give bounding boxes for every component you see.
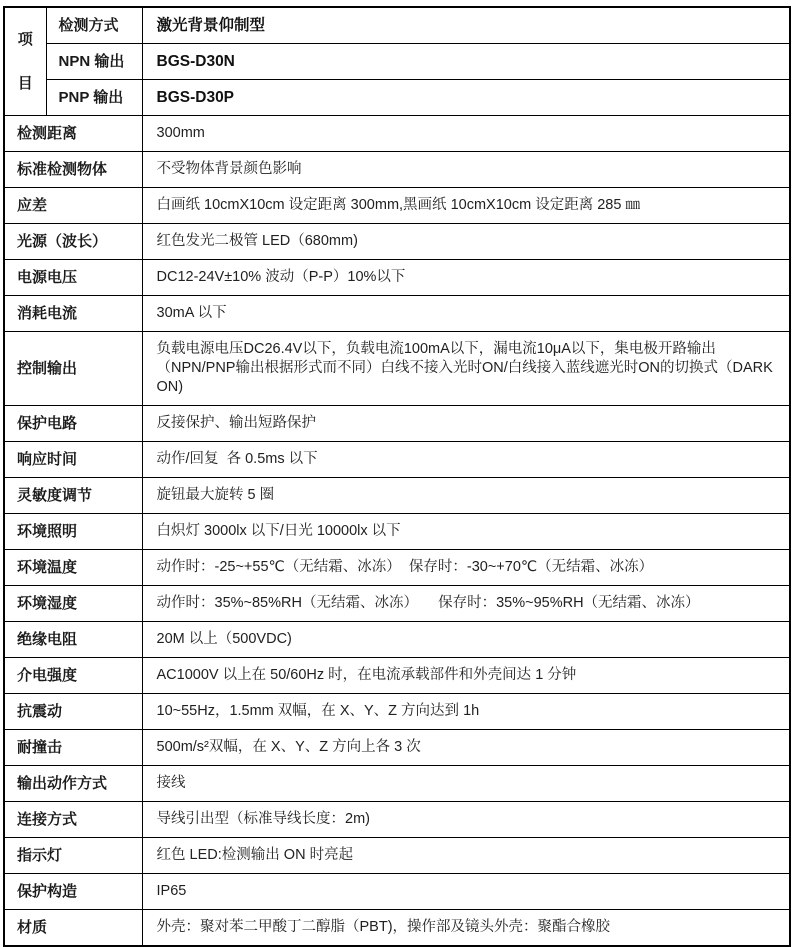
header-label-pnp-output: PNP 输出	[46, 80, 142, 116]
spec-row-label: 材质	[4, 910, 142, 947]
spec-table-row: 控制输出 负载电源电压DC26.4V以下，负载电流100mA以下，漏电流10μA…	[4, 332, 790, 406]
spec-row-label: 绝缘电阻	[4, 622, 142, 658]
spec-row-label: 环境温度	[4, 550, 142, 586]
header-value-npn-model: BGS-D30N	[142, 44, 790, 80]
spec-table-row: 检测距离 300mm	[4, 116, 790, 152]
spec-table-row: 环境照明 白炽灯 3000lx 以下/日光 10000lx 以下	[4, 514, 790, 550]
spec-row-label: 指示灯	[4, 838, 142, 874]
spec-row-label: 环境湿度	[4, 586, 142, 622]
spec-table-row: 环境湿度 动作时：35%~85%RH（无结霜、冰冻） 保存时：35%~95%RH…	[4, 586, 790, 622]
spec-row-label: 灵敏度调节	[4, 478, 142, 514]
header-value-detection-method: 激光背景仰制型	[142, 7, 790, 44]
spec-table-row: 电源电压 DC12-24V±10% 波动（P-P）10%以下	[4, 260, 790, 296]
spec-table-row: 抗震动 10~55Hz，1.5mm 双幅，在 X、Y、Z 方向达到 1h	[4, 694, 790, 730]
spec-row-label: 输出动作方式	[4, 766, 142, 802]
spec-row-label: 电源电压	[4, 260, 142, 296]
spec-table-header-group: 项目 检测方式 激光背景仰制型 NPN 输出 BGS-D30N PNP 输出 B…	[4, 7, 790, 116]
spec-table-row: 环境温度 动作时：-25~+55℃（无结霜、冰冻） 保存时：-30~+70℃（无…	[4, 550, 790, 586]
spec-row-value: 红色 LED:检测输出 ON 时亮起	[142, 838, 790, 874]
spec-row-label: 检测距离	[4, 116, 142, 152]
header-label-detection-method: 检测方式	[46, 7, 142, 44]
spec-row-value: 30mA 以下	[142, 296, 790, 332]
spec-row-label: 标准检测物体	[4, 152, 142, 188]
spec-row-value: 白炽灯 3000lx 以下/日光 10000lx 以下	[142, 514, 790, 550]
spec-row-label: 保护电路	[4, 406, 142, 442]
spec-row-value: 300mm	[142, 116, 790, 152]
item-corner-label: 项目	[17, 18, 33, 106]
spec-row-value: 反接保护、输出短路保护	[142, 406, 790, 442]
spec-table-row: 耐撞击 500m/s²双幅，在 X、Y、Z 方向上各 3 次	[4, 730, 790, 766]
spec-row-value: 动作/回复 各 0.5ms 以下	[142, 442, 790, 478]
header-label-npn-output: NPN 输出	[46, 44, 142, 80]
spec-row-value: 负载电源电压DC26.4V以下，负载电流100mA以下，漏电流10μA以下，集电…	[142, 332, 790, 406]
spec-row-value: 旋钮最大旋转 5 圈	[142, 478, 790, 514]
spec-row-value: 接线	[142, 766, 790, 802]
spec-row-value: AC1000V 以上在 50/60Hz 时，在电流承载部件和外壳间达 1 分钟	[142, 658, 790, 694]
spec-row-label: 光源（波长）	[4, 224, 142, 260]
spec-table-row: 保护构造 IP65	[4, 874, 790, 910]
item-corner-cell: 项目	[4, 7, 46, 116]
spec-table-row: 保护电路 反接保护、输出短路保护	[4, 406, 790, 442]
spec-row-value: 10~55Hz，1.5mm 双幅，在 X、Y、Z 方向达到 1h	[142, 694, 790, 730]
spec-row-value: 不受物体背景颜色影响	[142, 152, 790, 188]
spec-row-value: 动作时：-25~+55℃（无结霜、冰冻） 保存时：-30~+70℃（无结霜、冰冻…	[142, 550, 790, 586]
spec-row-value: 白画纸 10cmX10cm 设定距离 300mm,黑画纸 10cmX10cm 设…	[142, 188, 790, 224]
spec-row-value: 20M 以上（500VDC)	[142, 622, 790, 658]
spec-table: 项目 检测方式 激光背景仰制型 NPN 输出 BGS-D30N PNP 输出 B…	[3, 6, 791, 947]
spec-row-label: 环境照明	[4, 514, 142, 550]
spec-table-row: 输出动作方式 接线	[4, 766, 790, 802]
spec-table-row: 绝缘电阻 20M 以上（500VDC)	[4, 622, 790, 658]
spec-row-label: 响应时间	[4, 442, 142, 478]
spec-row-value: IP65	[142, 874, 790, 910]
spec-table-row: 标准检测物体 不受物体背景颜色影响	[4, 152, 790, 188]
spec-row-value: 动作时：35%~85%RH（无结霜、冰冻） 保存时：35%~95%RH（无结霜、…	[142, 586, 790, 622]
spec-table-body: 检测距离 300mm 标准检测物体 不受物体背景颜色影响 应差 白画纸 10cm…	[4, 116, 790, 947]
spec-table-row: 指示灯 红色 LED:检测输出 ON 时亮起	[4, 838, 790, 874]
spec-table-row: 连接方式 导线引出型（标准导线长度：2m)	[4, 802, 790, 838]
spec-row-value: 外壳：聚对苯二甲酸丁二醇脂（PBT)，操作部及镜头外壳：聚酯合橡胶	[142, 910, 790, 947]
spec-table-row: 消耗电流 30mA 以下	[4, 296, 790, 332]
header-value-pnp-model: BGS-D30P	[142, 80, 790, 116]
spec-row-label: 应差	[4, 188, 142, 224]
spec-row-label: 耐撞击	[4, 730, 142, 766]
header-row-pnp-output: PNP 输出 BGS-D30P	[4, 80, 790, 116]
spec-row-label: 抗震动	[4, 694, 142, 730]
spec-table-row: 应差 白画纸 10cmX10cm 设定距离 300mm,黑画纸 10cmX10c…	[4, 188, 790, 224]
spec-table-row: 材质 外壳：聚对苯二甲酸丁二醇脂（PBT)，操作部及镜头外壳：聚酯合橡胶	[4, 910, 790, 947]
spec-row-label: 保护构造	[4, 874, 142, 910]
spec-row-value: DC12-24V±10% 波动（P-P）10%以下	[142, 260, 790, 296]
spec-table-row: 灵敏度调节 旋钮最大旋转 5 圈	[4, 478, 790, 514]
spec-sheet-page: 项目 检测方式 激光背景仰制型 NPN 输出 BGS-D30N PNP 输出 B…	[0, 0, 794, 940]
spec-table-row: 介电强度 AC1000V 以上在 50/60Hz 时，在电流承载部件和外壳间达 …	[4, 658, 790, 694]
spec-row-label: 消耗电流	[4, 296, 142, 332]
spec-row-label: 介电强度	[4, 658, 142, 694]
header-row-npn-output: NPN 输出 BGS-D30N	[4, 44, 790, 80]
spec-table-row: 响应时间 动作/回复 各 0.5ms 以下	[4, 442, 790, 478]
spec-row-value: 500m/s²双幅，在 X、Y、Z 方向上各 3 次	[142, 730, 790, 766]
spec-row-label: 控制输出	[4, 332, 142, 406]
spec-row-value: 红色发光二极管 LED（680mm)	[142, 224, 790, 260]
spec-table-row: 光源（波长） 红色发光二极管 LED（680mm)	[4, 224, 790, 260]
header-row-detection-method: 项目 检测方式 激光背景仰制型	[4, 7, 790, 44]
spec-row-value: 导线引出型（标准导线长度：2m)	[142, 802, 790, 838]
spec-row-label: 连接方式	[4, 802, 142, 838]
